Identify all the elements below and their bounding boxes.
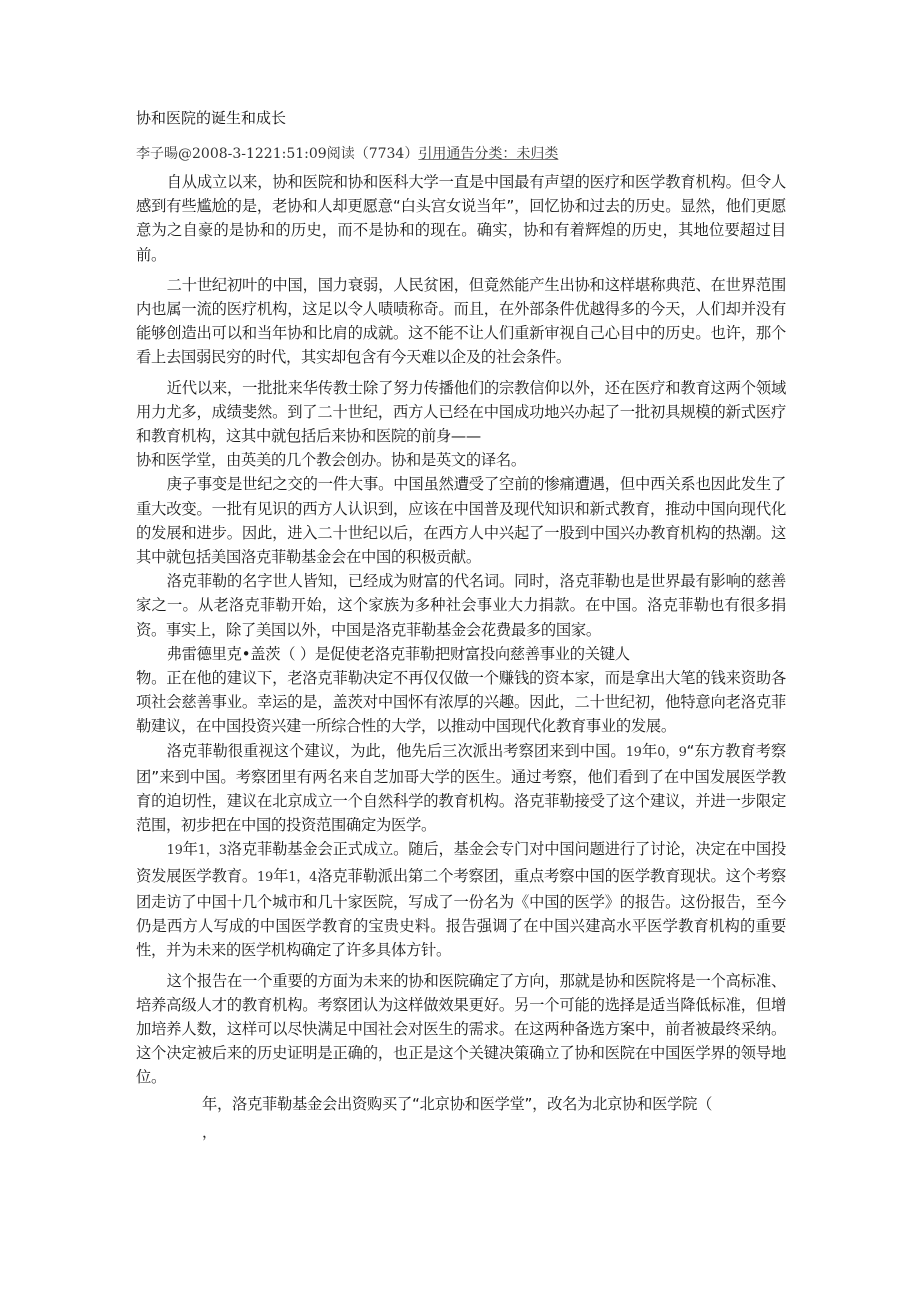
paragraph-2: 二十世纪初叶的中国，国力衰弱，人民贫困，但竟然能产生出协和这样堪称典范、在世界范…: [136, 273, 786, 370]
citation-category-link[interactable]: 引用通告分类：未归类: [418, 146, 558, 162]
paragraph-6: 弗雷德里克•盖茨（ ）是促使老洛克菲勒把财富投向慈善事业的关键人: [136, 642, 786, 666]
year-fragment: 19: [167, 843, 183, 858]
article-meta: 李子暘@2008-3-1221:51:09阅读（7734）引用通告分类：未归类: [136, 144, 786, 164]
paragraph-7: 洛克菲勒很重视这个建议，为此，他先后三次派出考察团来到中国。19年0，9“东方教…: [136, 739, 786, 838]
year-fragment: 19: [626, 745, 642, 760]
paragraph-3-continued: 协和医学堂，由英美的几个教会创办。协和是英文的译名。: [136, 448, 786, 472]
paragraph-4: 庚子事变是世纪之交的一件大事。中国虽然遭受了空前的惨痛遭遇，但中西关系也因此发生…: [136, 472, 786, 569]
paragraph-8: 19年1，3洛克菲勒基金会正式成立。随后，基金会专门对中国问题进行了讨论，决定在…: [136, 837, 786, 962]
paragraph-7-text-a: 洛克菲勒很重视这个建议，为此，他先后三次派出考察团来到中国。: [167, 742, 626, 760]
paragraph-3: 近代以来，一批批来华传教士除了努力传播他们的宗教信仰以外，还在医疗和教育这两个领…: [136, 376, 786, 449]
year-fragment: 1，3: [198, 843, 227, 858]
paragraph-6-continued: 物。正在他的建议下，老洛克菲勒决定不再仅仅做一个赚钱的资本家，而是拿出大笔的钱来…: [136, 666, 786, 739]
read-count: 阅读（7734）: [327, 146, 419, 162]
paragraph-10: 年，洛克菲勒基金会出资购买了“北京协和医学堂”，改名为北京协和医学院（: [202, 1092, 786, 1116]
paragraph-9: 这个报告在一个重要的方面为未来的协和医院确定了方向，那就是协和医院将是一个高标准…: [136, 969, 786, 1090]
article-title: 协和医院的诞生和成长: [136, 108, 786, 128]
document-page: 协和医院的诞生和成长 李子暘@2008-3-1221:51:09阅读（7734）…: [136, 108, 786, 1142]
year-char: 年: [183, 840, 198, 858]
stray-punctuation: ，: [202, 1122, 786, 1142]
year-char: 年: [273, 867, 288, 885]
year-fragment: 0，9: [657, 745, 686, 760]
paragraph-5: 洛克菲勒的名字世人皆知，已经成为财富的代名词。同时，洛克菲勒也是世界最有影响的慈…: [136, 569, 786, 642]
year-char: 年: [642, 742, 658, 760]
year-fragment: 1，4: [288, 870, 317, 885]
author-timestamp: 李子暘@2008-3-1221:51:09: [136, 146, 327, 162]
paragraph-1: 自从成立以来，协和医院和协和医科大学一直是中国最有声望的医疗和医学教育机构。但令…: [136, 170, 786, 267]
year-fragment: 19: [257, 870, 273, 885]
